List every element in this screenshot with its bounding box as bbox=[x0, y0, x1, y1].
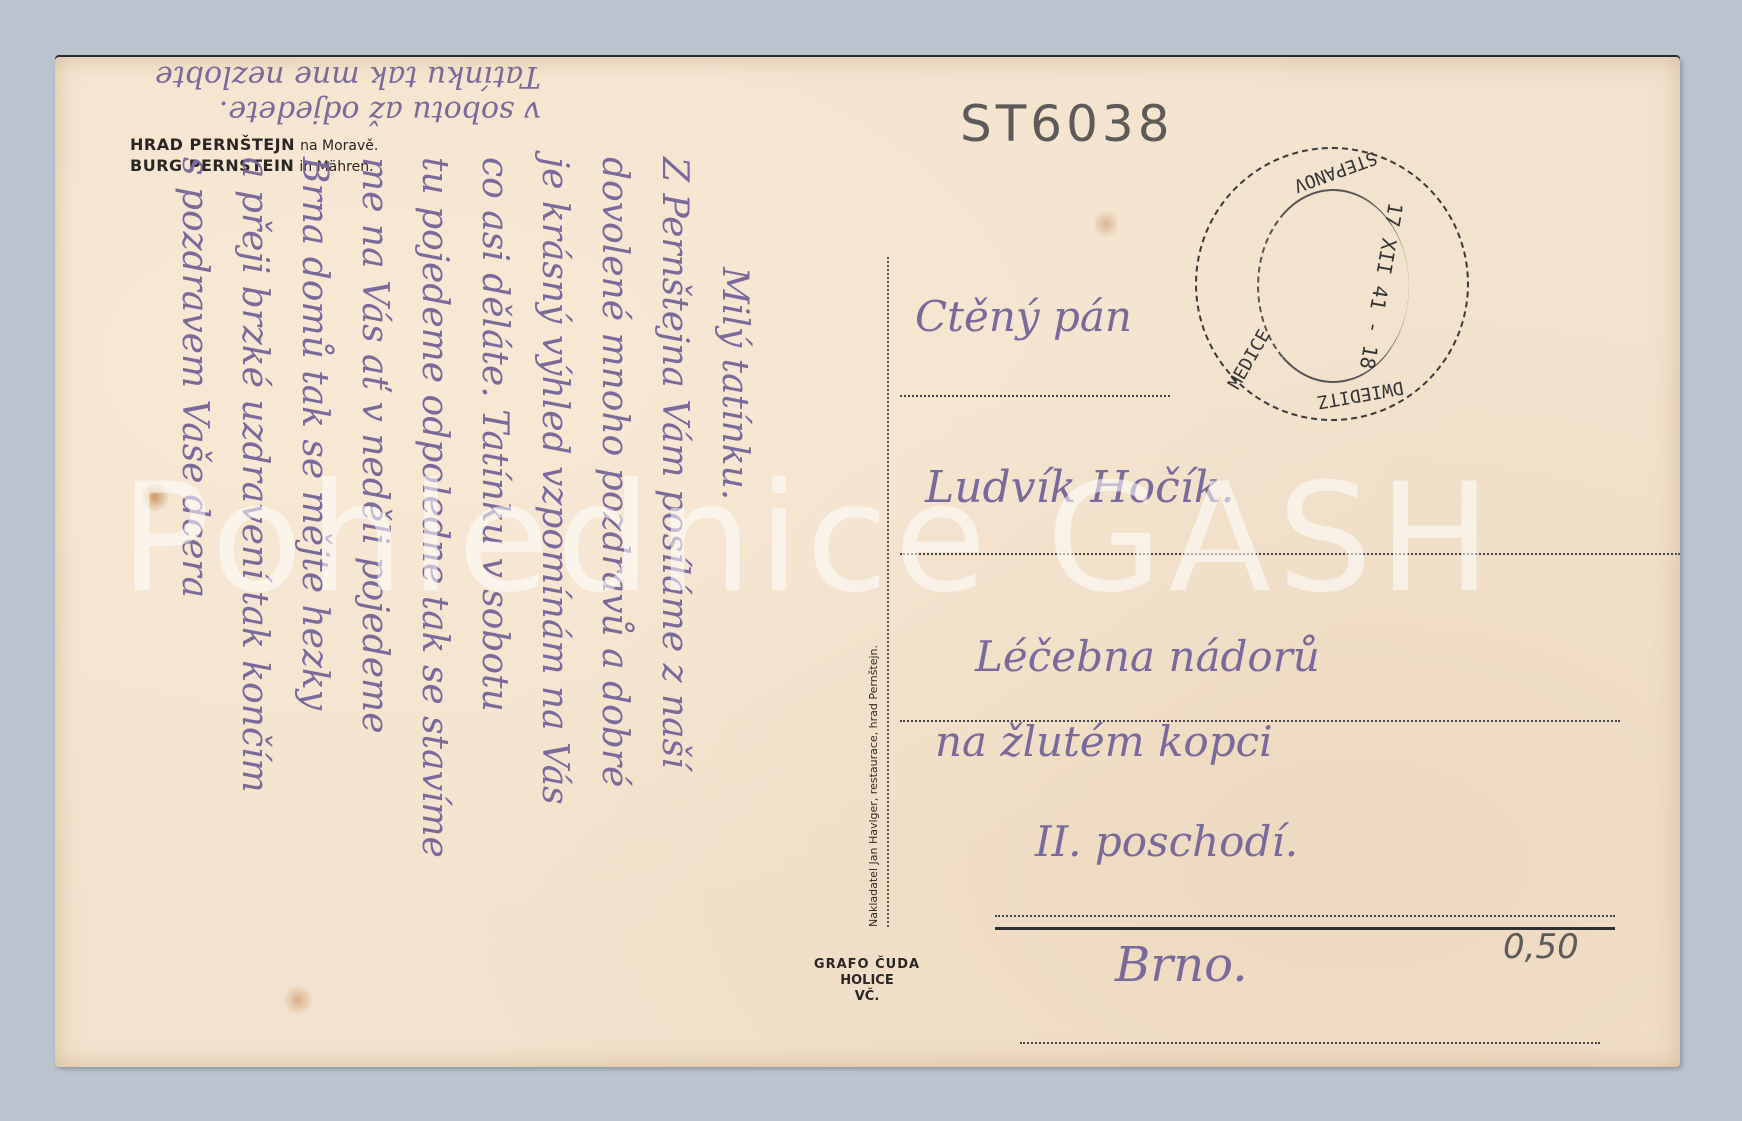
address-line bbox=[900, 395, 1170, 397]
address-line bbox=[1020, 1042, 1600, 1044]
reference-number: ST6038 bbox=[960, 95, 1174, 153]
address-floor: II. poschodí. bbox=[1035, 817, 1298, 866]
message-line: v sobotu až odjedete. bbox=[155, 94, 541, 129]
rust-stain bbox=[1095, 207, 1117, 241]
printer-region: VČ. bbox=[797, 989, 937, 1005]
address-institution: Léčebna nádorů bbox=[975, 632, 1320, 681]
rust-stain bbox=[283, 985, 313, 1015]
address-line bbox=[995, 915, 1615, 917]
postmark: STEPANOV MEDICE DWIEDITZ 17 XII 41 - 18 bbox=[1195, 147, 1469, 421]
address-street: na žlutém kopci bbox=[935, 717, 1273, 766]
message-line: Tatínku tak mne nezlobte bbox=[155, 59, 541, 94]
message-line: me na Vás ať v neděli pojedeme bbox=[354, 157, 395, 734]
title-czech: HRAD PERNŠTEJN bbox=[130, 135, 295, 154]
postcard-back: HRAD PERNŠTEJN na Moravě. BURG PERNSTEIN… bbox=[55, 57, 1680, 1067]
publisher-imprint: Nakladatel Jan Havlger, restaurace, hrad… bbox=[867, 645, 880, 927]
address-salutation: Ctěný pán bbox=[915, 292, 1132, 341]
message-line: co asi děláte. Tatínku v sobotu bbox=[474, 157, 515, 712]
postmark-town-cz: MEDICE bbox=[1224, 326, 1275, 393]
watermark: Pohlednice GASH bbox=[120, 452, 1497, 626]
message-top-strip: v sobotu až odjedete. Tatínku tak mne ne… bbox=[155, 59, 541, 129]
printer-mark: GRAFO ČUDA HOLICE VČ. bbox=[797, 957, 937, 1005]
printer-name: GRAFO ČUDA bbox=[797, 957, 937, 973]
title-czech-suffix: na Moravě. bbox=[300, 138, 378, 154]
address-city: Brno. bbox=[1115, 937, 1247, 993]
message-line: Brna domů tak se mějte hezky bbox=[294, 157, 335, 710]
price-note: 0,50 bbox=[1503, 927, 1579, 967]
printer-city: HOLICE bbox=[797, 973, 937, 989]
